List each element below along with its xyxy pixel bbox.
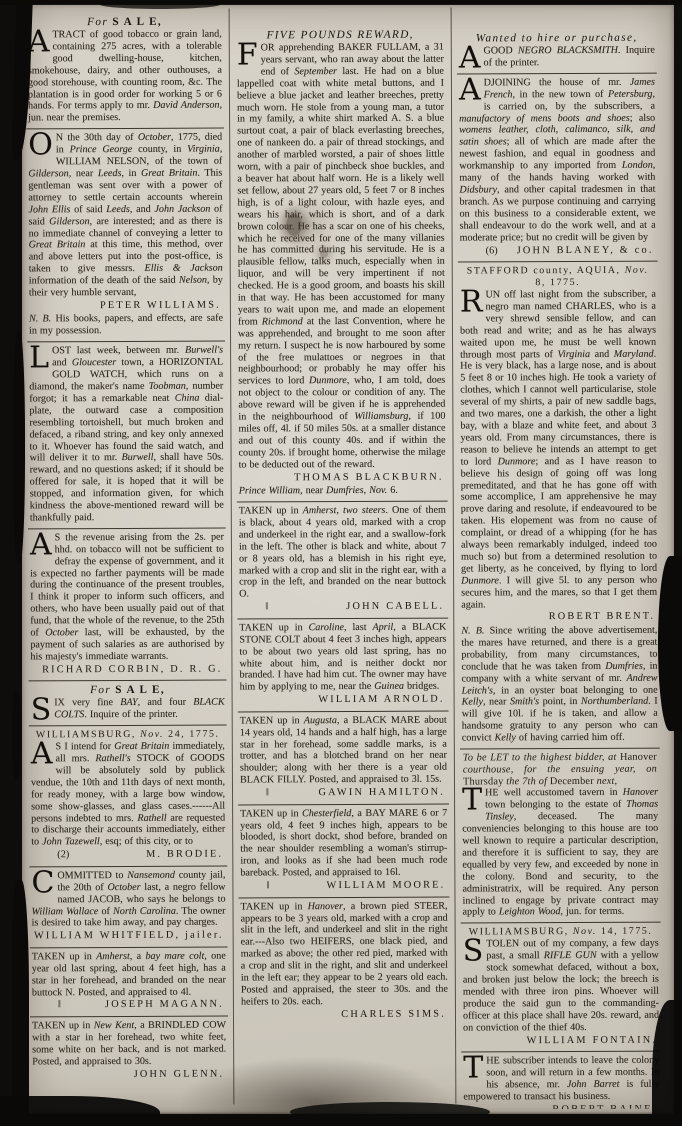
signature-row: ‖JOSEPH MAGANN. — [32, 999, 224, 1012]
scan-edge-artifact — [12, 880, 29, 1126]
drop-cap: F — [237, 42, 261, 66]
signature-row: ‖WILLIAM MOORE. — [240, 880, 445, 893]
signature-note: ‖ — [266, 880, 269, 893]
advertisement: COMMITTED to Nansemond county jail, the … — [29, 865, 227, 947]
column-divider-1 — [229, 9, 235, 1105]
ad-body: TAKEN up in Augusta, a BLACK MARE about … — [240, 714, 447, 786]
column-3: Wanted to hire or purchase,AGOOD NEGRO B… — [457, 29, 662, 1110]
signature: ROBERT BAINE. — [552, 1103, 657, 1109]
drop-cap: A — [459, 45, 484, 69]
drop-cap: L — [29, 346, 52, 370]
ad-body: AGOOD NEGRO BLACKSMITH. Inquire of the p… — [459, 45, 655, 70]
columns-wrapper: For S A L E,ATRACT of good tobacco or gr… — [20, 3, 677, 1116]
ad-text: TAKEN up in Amherst, a bay mare colt, on… — [32, 950, 226, 998]
ad-heading: For S A L E, — [28, 16, 222, 30]
ad-text: GOOD NEGRO BLACKSMITH. Inquire of the pr… — [483, 45, 654, 69]
signature-row: PETER WILLIAMS. — [29, 299, 221, 312]
advertisement: For S A L E,SIX very fine BAY, and four … — [29, 680, 227, 726]
signature: WILLIAM FONTAIN. — [527, 1034, 658, 1047]
ad-heading: To be LET to the highest bidder, at Hano… — [462, 752, 658, 788]
ad-text: S the revenue arising from the 2s. per h… — [30, 531, 224, 662]
ad-body: COMMITTED to Nansemond county jail, the … — [31, 869, 225, 929]
signature-row: ROBERT BAINE. — [463, 1103, 657, 1109]
ad-text: TAKEN up in Caroline, last April, a BLAC… — [239, 621, 446, 692]
ad-text: TRACT of good tobacco or grain land, con… — [28, 29, 222, 124]
ad-body: STOLEN out of my company, a few days pas… — [463, 938, 659, 1034]
signature-note: (6) — [486, 245, 498, 258]
ad-body: ADJOINING the house of mr. James French,… — [459, 76, 656, 244]
ad-text: OST last week, between mr. Burwell's and… — [29, 345, 224, 524]
drop-cap: S — [463, 939, 487, 963]
ad-text: TAKEN up in Amherst, two steers. One of … — [239, 505, 446, 600]
ad-body: TAKEN up in Amherst, two steers. One of … — [239, 505, 446, 601]
ad-body: AS the revenue arising from the 2s. per … — [30, 531, 225, 663]
drop-cap: S — [31, 698, 55, 722]
ad-body: FOR apprehending BAKER FULLAM, a 31 year… — [237, 42, 446, 472]
scan-edge-artifact — [290, 1102, 490, 1122]
signature-row: WILLIAM ARNOLD. — [240, 694, 445, 707]
signature-row: ROBERT BRENT. — [461, 611, 655, 624]
advertisement: AS the revenue arising from the 2s. per … — [28, 527, 227, 680]
paper-sheet: For S A L E,ATRACT of good tobacco or gr… — [22, 4, 674, 1114]
ad-body: SIX very fine BAY, and four BLACK COLTS.… — [31, 697, 225, 722]
ad-body: TAKEN up in Amherst, a bay mare colt, on… — [32, 950, 226, 998]
signature-note: ‖ — [265, 602, 268, 615]
signature-row: ‖JOHN CABELL. — [239, 601, 444, 614]
ad-body: LOST last week, between mr. Burwell's an… — [29, 345, 224, 524]
advertisement: FIVE POUNDS REWARD,FOR apprehending BAKE… — [235, 26, 448, 502]
ad-text: UN off last night from the subscriber, a… — [460, 289, 657, 610]
ad-body: TAKEN up in Chesterfield, a BAY MARE 6 o… — [240, 807, 447, 879]
scan-edge-artifact — [12, 690, 21, 780]
column-divider-2 — [451, 8, 457, 1104]
advertisement: TAKEN up in Augusta, a BLACK MARE about … — [238, 710, 449, 804]
drop-cap: C — [31, 870, 57, 894]
ad-text: OR apprehending BAKER FULLAM, a 31 years… — [237, 42, 446, 471]
advertisement: THE subscriber intends to leave the colo… — [461, 1051, 661, 1110]
ad-body: RUN off last night from the subscriber, … — [460, 289, 657, 611]
ad-body: TAKEN up in Hanover, a brown pied STEER,… — [240, 900, 447, 1008]
signature-row: RICHARD CORBIN, D. R. G. — [30, 663, 222, 676]
advertisement: TAKEN up in Amherst, two steers. One of … — [237, 501, 449, 619]
ad-postscript: N. B. His books, papers, and effects, ar… — [29, 313, 223, 338]
signature-note: ‖ — [58, 1000, 61, 1013]
ad-body: TAKEN up in New Kent, a BRINDLED COW wit… — [32, 1019, 226, 1067]
ink-stain — [320, 250, 328, 258]
advertisement: TAKEN up in Chesterfield, a BAY MARE 6 o… — [238, 803, 449, 897]
drop-cap: A — [459, 77, 484, 101]
advertisement: Wanted to hire or purchase,AGOOD NEGRO B… — [457, 29, 657, 74]
signature: CHARLES SIMS. — [341, 1008, 446, 1021]
advertisement: ADJOINING the house of mr. James French,… — [457, 72, 658, 261]
ad-heading: Wanted to hire or purchase, — [459, 32, 655, 46]
advertisement: LOST last week, between mr. Burwell's an… — [27, 341, 226, 528]
signature: GAWIN HAMILTON. — [318, 787, 445, 800]
column-2: FIVE POUNDS REWARD,FOR apprehending BAKE… — [235, 26, 451, 1111]
ad-text: IX very fine BAY, and four BLACK COLTS. … — [54, 697, 224, 721]
ad-dateline: STAFFORD county, AQUIA, Nov. 8, 1775. — [460, 265, 656, 290]
signature-row: WILLIAM FONTAIN. — [463, 1034, 657, 1047]
column-1: For S A L E,ATRACT of good tobacco or gr… — [26, 13, 229, 1112]
ad-text: TAKEN up in New Kent, a BRINDLED COW wit… — [32, 1019, 226, 1067]
drop-cap: T — [463, 1056, 486, 1080]
ad-heading: For S A L E, — [31, 684, 225, 698]
advertisement: For S A L E,ATRACT of good tobacco or gr… — [26, 13, 225, 129]
signature-row: JOHN GLENN. — [32, 1068, 224, 1081]
advertisement: ON the 30th day of October, 1775, died i… — [26, 128, 225, 342]
signature: PETER WILLIAMS. — [100, 299, 221, 312]
advertisement: WILLIAMSBURG, Nov. 24, 1775.AS I intend … — [29, 725, 228, 867]
ad-body: ON the 30th day of October, 1775, died i… — [28, 132, 223, 300]
advertisement: TAKEN up in Caroline, last April, a BLAC… — [237, 617, 448, 711]
signature: WILLIAM ARNOLD. — [318, 694, 444, 707]
ad-postscript: Prince William, near Dumfries, Nov. 6. — [239, 485, 446, 498]
drop-cap: T — [462, 788, 485, 812]
signature-row: (2)M. BRODIE. — [31, 849, 223, 862]
ad-postscript: N. B. Since writing the above advertisem… — [461, 625, 658, 745]
ad-text: DJOINING the house of mr. James French, … — [459, 76, 656, 243]
ad-body: TAKEN up in Caroline, last April, a BLAC… — [239, 621, 446, 693]
ad-body: THE subscriber intends to leave the colo… — [463, 1055, 659, 1103]
signature: WILLIAM WHITFIELD, jailer. — [34, 930, 224, 943]
signature: ROBERT BRENT. — [549, 611, 656, 624]
signature-row: WILLIAM WHITFIELD, jailer. — [32, 930, 224, 943]
drop-cap: A — [30, 532, 55, 556]
scan-edge-artifact — [658, 556, 682, 731]
signature-row: (6)JOHN BLANEY, & co. — [460, 244, 654, 257]
ad-heading: FIVE POUNDS REWARD, — [237, 29, 444, 43]
scan-edge-artifact — [13, 330, 25, 565]
signature: WILLIAM MOORE. — [327, 880, 446, 893]
drop-cap: O — [28, 133, 56, 157]
newspaper-page: For S A L E,ATRACT of good tobacco or gr… — [0, 0, 682, 1126]
signature: THOMAS BLACKBURN. — [294, 471, 444, 484]
ad-text: N the 30th day of October, 1775, died in… — [28, 132, 223, 299]
signature-note: (2) — [57, 850, 69, 863]
advertisement: TAKEN up in Hanover, a brown pied STEER,… — [238, 896, 450, 1026]
ad-body: AS I intend for Great Britain immediatel… — [31, 741, 225, 849]
ad-text: TAKEN up in Hanover, a brown pied STEER,… — [240, 900, 447, 1007]
advertisement: TAKEN up in Amherst, a bay mare colt, on… — [30, 946, 228, 1016]
signature-row: ‖GAWIN HAMILTON. — [240, 787, 445, 800]
signature-row: THOMAS BLACKBURN. — [239, 471, 444, 484]
signature-row: CHARLES SIMS. — [241, 1008, 446, 1021]
ad-text: TAKEN up in Augusta, a BLACK MARE about … — [240, 714, 447, 785]
ad-text: TAKEN up in Chesterfield, a BAY MARE 6 o… — [240, 807, 447, 878]
ad-text: HE subscriber intends to leave the colon… — [463, 1055, 659, 1103]
scan-edge-artifact — [100, 0, 220, 9]
signature: RICHARD CORBIN, D. R. G. — [42, 663, 222, 676]
ad-text: TOLEN out of my company, a few days past… — [463, 938, 659, 1033]
scan-edge-artifact — [0, 1096, 160, 1126]
advertisement: To be LET to the highest bidder, at Hano… — [460, 748, 661, 923]
ad-dateline: WILLIAMSBURG, Nov. 24, 1775. — [31, 729, 225, 742]
drop-cap: A — [31, 741, 56, 765]
signature: M. BRODIE. — [146, 849, 223, 862]
ad-text: S I intend for Great Britain immediately… — [31, 741, 225, 848]
ad-body: THE well accustomed tavern in Hanover to… — [462, 787, 659, 919]
advertisement: WILLIAMSBURG, Nov. 14, 1775.STOLEN out o… — [461, 922, 662, 1052]
advertisement: STAFFORD county, AQUIA, Nov. 8, 1775.RUN… — [458, 261, 660, 749]
ad-body: ATRACT of good tobacco or grain land, co… — [28, 29, 222, 125]
advertisement: TAKEN up in New Kent, a BRINDLED COW wit… — [30, 1015, 228, 1085]
signature: JOSEPH MAGANN. — [105, 999, 224, 1012]
signature: JOHN CABELL. — [346, 601, 444, 614]
signature-note: ‖ — [266, 788, 269, 801]
signature: JOHN GLENN. — [134, 1068, 225, 1081]
signature: JOHN BLANEY, & co. — [517, 244, 654, 257]
ad-text: HE well accustomed tavern in Hanover tow… — [462, 787, 658, 918]
ink-stain — [286, 214, 302, 236]
drop-cap: R — [460, 289, 486, 313]
ad-text: OMMITTED to Nansemond county jail, the 2… — [32, 869, 226, 928]
